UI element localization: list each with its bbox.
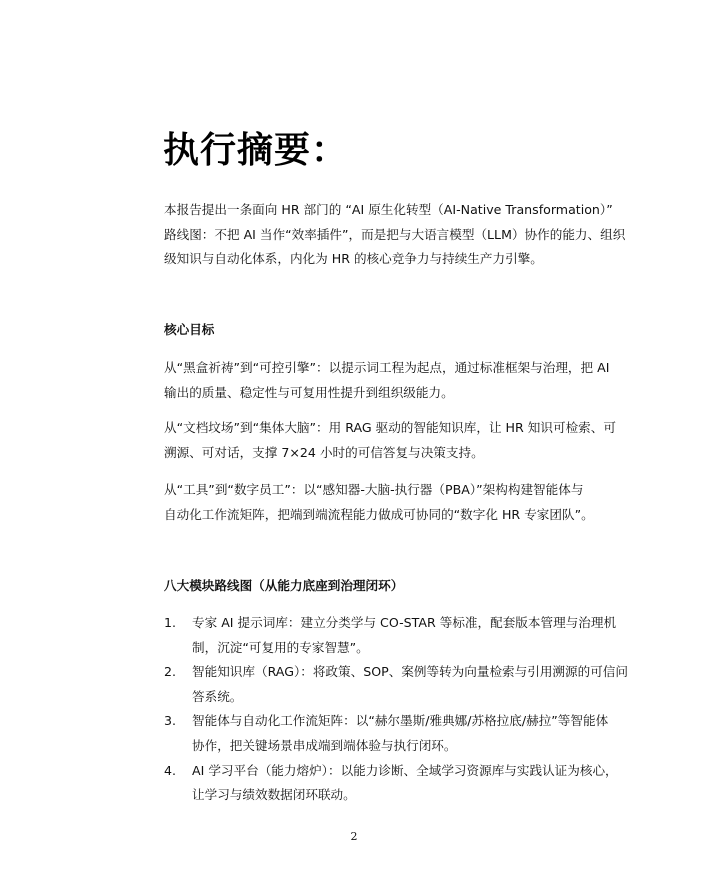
list-line: 智能体与自动化工作流矩阵：以“赫尔墨斯/雅典娜/苏格拉底/赫拉”等智能体 [192, 709, 634, 734]
page-number: 2 [0, 830, 708, 843]
core-goals-heading: 核心目标 [164, 320, 214, 340]
intro-line: 路线图：不把 AI 当作“效率插件”，而是把与大语言模型（LLM）协作的能力、组… [164, 223, 634, 248]
list-item: 3. 智能体与自动化工作流矩阵：以“赫尔墨斯/雅典娜/苏格拉底/赫拉”等智能体 … [164, 709, 634, 758]
goal-paragraph: 从“文档坟场”到“集体大脑”：用 RAG 驱动的智能知识库，让 HR 知识可检索… [164, 416, 634, 465]
goal-paragraph: 从“黑盒祈祷”到“可控引擎”：以提示词工程为起点，通过标准框架与治理，把 AI … [164, 356, 634, 405]
list-item: 2. 智能知识库（RAG）：将政策、SOP、案例等转为向量检索与引用溯源的可信问… [164, 660, 634, 709]
intro-line: 本报告提出一条面向 HR 部门的 “AI 原生化转型（AI-Native Tra… [164, 198, 634, 223]
list-item-text: 智能知识库（RAG）：将政策、SOP、案例等转为向量检索与引用溯源的可信问 答系… [192, 660, 634, 709]
goal-line: 输出的质量、稳定性与可复用性提升到组织级能力。 [164, 381, 634, 406]
list-line: 让学习与绩效数据闭环联动。 [192, 783, 634, 808]
goal-line: 从“工具”到“数字员工”：以“感知器-大脑-执行器（PBA）”架构构建智能体与 [164, 478, 634, 503]
list-line: 制，沉淀“可复用的专家智慧”。 [192, 636, 634, 661]
list-number: 1. [164, 611, 192, 660]
goal-line: 从“文档坟场”到“集体大脑”：用 RAG 驱动的智能知识库，让 HR 知识可检索… [164, 416, 634, 441]
document-page: 执行摘要： 本报告提出一条面向 HR 部门的 “AI 原生化转型（AI-Nati… [0, 0, 708, 888]
list-number: 3. [164, 709, 192, 758]
list-line: 专家 AI 提示词库：建立分类学与 CO-STAR 等标准，配套版本管理与治理机 [192, 611, 634, 636]
list-line: 答系统。 [192, 685, 634, 710]
list-item-text: 智能体与自动化工作流矩阵：以“赫尔墨斯/雅典娜/苏格拉底/赫拉”等智能体 协作，… [192, 709, 634, 758]
intro-paragraph: 本报告提出一条面向 HR 部门的 “AI 原生化转型（AI-Native Tra… [164, 198, 634, 272]
list-item: 4. AI 学习平台（能力熔炉）：以能力诊断、全域学习资源库与实践认证为核心， … [164, 759, 634, 808]
list-item-text: 专家 AI 提示词库：建立分类学与 CO-STAR 等标准，配套版本管理与治理机… [192, 611, 634, 660]
goal-line: 溯源、可对话，支撑 7×24 小时的可信答复与决策支持。 [164, 441, 634, 466]
list-number: 2. [164, 660, 192, 709]
roadmap-list: 1. 专家 AI 提示词库：建立分类学与 CO-STAR 等标准，配套版本管理与… [164, 611, 634, 808]
list-number: 4. [164, 759, 192, 808]
goal-paragraph: 从“工具”到“数字员工”：以“感知器-大脑-执行器（PBA）”架构构建智能体与 … [164, 478, 634, 527]
intro-line: 级知识与自动化体系，内化为 HR 的核心竞争力与持续生产力引擎。 [164, 247, 634, 272]
list-item-text: AI 学习平台（能力熔炉）：以能力诊断、全域学习资源库与实践认证为核心， 让学习… [192, 759, 634, 808]
list-line: AI 学习平台（能力熔炉）：以能力诊断、全域学习资源库与实践认证为核心， [192, 759, 634, 784]
list-line: 智能知识库（RAG）：将政策、SOP、案例等转为向量检索与引用溯源的可信问 [192, 660, 634, 685]
roadmap-heading: 八大模块路线图（从能力底座到治理闭环） [164, 576, 403, 596]
goal-line: 从“黑盒祈祷”到“可控引擎”：以提示词工程为起点，通过标准框架与治理，把 AI [164, 356, 634, 381]
goal-line: 自动化工作流矩阵，把端到端流程能力做成可协同的“数字化 HR 专家团队”。 [164, 503, 634, 528]
list-line: 协作，把关键场景串成端到端体验与执行闭环。 [192, 734, 634, 759]
page-title: 执行摘要： [163, 128, 348, 174]
list-item: 1. 专家 AI 提示词库：建立分类学与 CO-STAR 等标准，配套版本管理与… [164, 611, 634, 660]
